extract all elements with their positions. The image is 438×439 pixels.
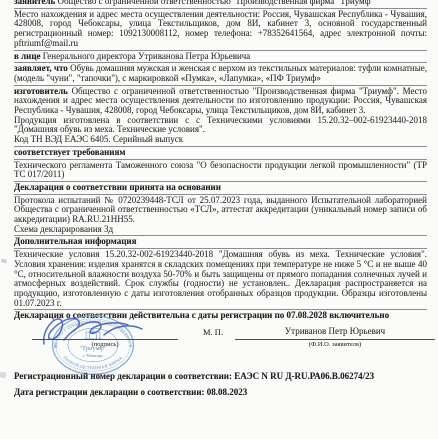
declarant-name: Утриванов Петр Юрьевич [235,327,435,337]
manufacturer-paragraph: изготовитель Общество с ограниченной отв… [14,87,427,116]
complies-header-text: соответствует требованиям [14,147,125,157]
registration-number-value: ЕАЭС N RU Д-RU.РА06.В.06274/23 [234,371,374,381]
made-in-accordance: Продукция изготовлена в соответствии с с… [14,116,427,135]
declares-paragraph: заявляет, что Обувь домашняя мужская и ж… [14,64,427,83]
stamp-city-text: г. Чебоксары [83,354,103,358]
registration-date-line: Дата регистрации декларации о соответств… [14,388,427,398]
signature-caption: (подпись) [32,341,178,349]
additional-header: Дополнительная информация [14,237,427,247]
declarant-caption: (Ф.И.О. заявителя) [235,341,435,349]
additional-text: Технические условия 15.20.32-002-6192344… [14,250,427,308]
stamp-place-label: М. П. [203,328,223,338]
declares-text: Обувь домашняя мужская и женская с верхо… [14,63,427,83]
applicant-label: заявитель [14,0,55,6]
applicant-line: заявитель Общество с ограниченной ответс… [14,0,427,7]
basis-header-text: Декларация о соответствии принята на осн… [14,182,221,192]
basis-text: Протокола испытаний № 0720239448-ТСЛ от … [14,196,427,225]
in-person-line: в лице Генерального директора Утриванова… [14,52,427,62]
signature-block: ОБЩЕСТВО С ОГРАНИЧЕННОЙ ОТВЕТСТВЕННОСТЬЮ… [14,321,427,371]
registration-number-line: Регистрационный номер декларации о соотв… [14,372,427,382]
registration-date-label: Дата регистрации декларации о соответств… [14,387,205,397]
additional-header-text: Дополнительная информация [14,236,136,246]
applicant-address: Место нахождения и адрес места осуществл… [14,10,427,49]
basis-header: Декларация о соответствии принята на осн… [14,183,427,193]
registration-date-value: 08.08.2023 [207,387,248,397]
scheme-line: Схема декларирования 3д [14,225,427,235]
applicant-text: Общество с ограниченной ответственностью… [58,0,375,6]
declares-label: заявляет, что [14,63,68,73]
in-person-text: Генерального директора Утриванова Петра … [43,51,251,61]
scan-artifact [1,258,8,264]
declaration-document: заявитель Общество с ограниченной ответс… [0,0,438,439]
tn-ved-line: Код ТН ВЭД ЕАЭС 6405. Серийный выпуск [14,135,427,145]
manufacturer-label: изготовитель [14,86,68,96]
in-person-label: в лице [14,51,41,61]
registration-number-label: Регистрационный номер декларации о соотв… [14,371,232,381]
scan-artifact [0,372,6,378]
complies-text: Технического регламента Таможенного союз… [14,161,427,180]
manufacturer-text: Общество с ограниченной ответственностью… [14,86,427,115]
signature-underline [32,339,178,340]
complies-header: соответствует требованиям [14,148,427,158]
declarant-underline [235,339,435,340]
